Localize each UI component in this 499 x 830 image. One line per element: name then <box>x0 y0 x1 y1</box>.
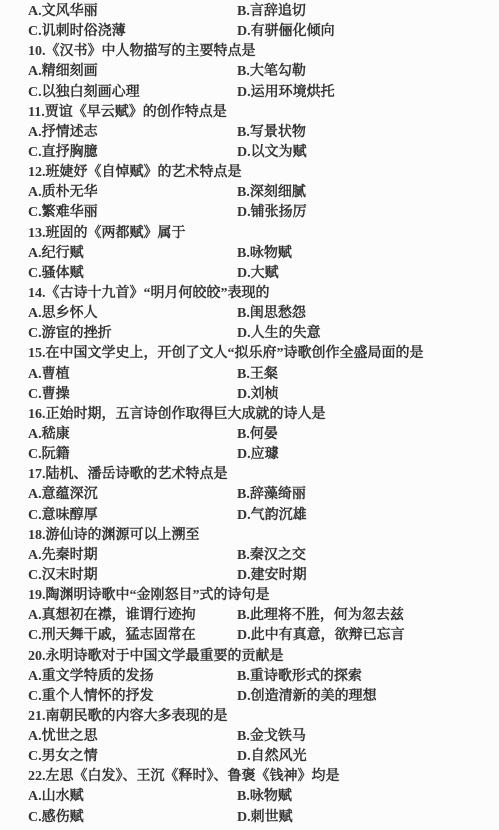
option-b: B.言辞追切 <box>237 2 306 22</box>
option-label: D. <box>237 628 251 643</box>
option-text: 抒情述志 <box>42 125 98 140</box>
option-label: B. <box>237 729 250 744</box>
option-row: C.汉末时期D.建安时期 <box>0 566 499 586</box>
option-text: 忧世之思 <box>42 729 98 744</box>
option-row: A.真想初在襟，谁谓行迹拘B.此理将不胜，何为忽去兹 <box>0 606 499 626</box>
option-text: 感伤赋 <box>42 810 84 825</box>
option-label: C. <box>28 326 42 341</box>
option-label: C. <box>28 85 42 100</box>
option-b: B.何晏 <box>237 425 278 445</box>
option-a: A.先秦时期 <box>28 546 98 566</box>
option-b: B.王粲 <box>237 365 278 385</box>
option-label: A. <box>28 608 42 623</box>
option-d: D.以文为赋 <box>237 143 307 163</box>
option-label: D. <box>237 145 251 160</box>
option-c: C.繁难华丽 <box>28 203 98 223</box>
option-label: A. <box>28 367 42 382</box>
option-a: A.忧世之思 <box>28 727 98 747</box>
option-label: B. <box>237 64 250 79</box>
question-stem-text: 在中国文学史上，开创了文人“拟乐府”诗歌创作全盛局面的是 <box>46 346 424 361</box>
question-stem: 22.左思《白发》、王沉《释时》、鲁褒《钱神》均是 <box>0 767 499 787</box>
option-label: D. <box>237 85 251 100</box>
option-label: B. <box>237 789 250 804</box>
question-stem: 18.游仙诗的渊源可以上溯至 <box>0 526 499 546</box>
question-list: A.文风华丽B.言辞追切C.讥刺时俗浇薄D.有骈俪化倾向10.《汉书》中人物描写… <box>0 2 499 828</box>
question-block: 18.游仙诗的渊源可以上溯至A.先秦时期B.秦汉之交C.汉末时期D.建安时期 <box>0 526 499 586</box>
option-text: 咏物赋 <box>250 246 292 261</box>
question-number: 17. <box>28 467 46 482</box>
option-label: A. <box>28 64 42 79</box>
option-c: C.以独白刻画心理 <box>28 83 140 103</box>
question-number: 19. <box>28 588 46 603</box>
option-row: A.忧世之思B.金戈铁马 <box>0 727 499 747</box>
option-a: A.真想初在襟，谁谓行迹拘 <box>28 606 196 626</box>
option-d: D.运用环境烘托 <box>237 83 335 103</box>
question-stem-text: 正始时期，五言诗创作取得巨大成就的诗人是 <box>46 407 326 422</box>
question-block: 12.班婕妤《自悼赋》的艺术特点是A.质朴无华B.深刻细腻C.繁难华丽D.铺张扬… <box>0 163 499 223</box>
question-stem-text: 陆机、潘岳诗歌的艺术特点是 <box>46 467 228 482</box>
question-stem-text: 南朝民歌的内容大多表现的是 <box>46 709 228 724</box>
option-label: A. <box>28 729 42 744</box>
option-text: 辞藻绮丽 <box>250 487 306 502</box>
question-stem: 10.《汉书》中人物描写的主要特点是 <box>0 42 499 62</box>
option-row: A.意蕴深沉B.辞藻绮丽 <box>0 485 499 505</box>
option-b: B.大笔勾勒 <box>237 62 306 82</box>
option-c: C.汉末时期 <box>28 566 98 586</box>
option-label: B. <box>237 185 250 200</box>
option-a: A.山水赋 <box>28 787 84 807</box>
option-text: 金戈铁马 <box>250 729 306 744</box>
option-text: 刑天舞干戚，猛志固常在 <box>42 628 196 643</box>
option-label: D. <box>237 508 251 523</box>
question-stem: 20.永明诗歌对于中国文学最重要的贡献是 <box>0 647 499 667</box>
option-row: A.重文学特质的发扬B.重诗歌形式的探索 <box>0 667 499 687</box>
option-text: 重诗歌形式的探索 <box>250 669 362 684</box>
question-number: 15. <box>28 346 46 361</box>
question-block: 22.左思《白发》、王沉《释时》、鲁褒《钱神》均是A.山水赋B.咏物赋C.感伤赋… <box>0 767 499 827</box>
option-text: 秦汉之交 <box>250 548 306 563</box>
option-a: A.曹植 <box>28 365 70 385</box>
option-d: D.铺张扬厉 <box>237 203 307 223</box>
question-block: 13.班固的《两都赋》属于A.纪行赋B.咏物赋C.骚体赋D.大赋 <box>0 224 499 284</box>
option-c: C.刑天舞干戚，猛志固常在 <box>28 626 196 646</box>
option-c: C.骚体赋 <box>28 264 84 284</box>
option-c: C.曹操 <box>28 385 70 405</box>
option-text: 汉末时期 <box>42 568 98 583</box>
option-text: 闺思愁怨 <box>250 306 306 321</box>
option-label: D. <box>237 749 251 764</box>
option-label: D. <box>237 810 251 825</box>
option-label: C. <box>28 810 42 825</box>
option-text: 铺张扬厉 <box>251 205 307 220</box>
question-stem-text: 《古诗十九首》“明月何皎皎”表现的 <box>46 286 270 301</box>
question-block: 17.陆机、潘岳诗歌的艺术特点是A.意蕴深沉B.辞藻绮丽C.意味醇厚D.气韵沉雄 <box>0 465 499 525</box>
option-text: 运用环境烘托 <box>251 85 335 100</box>
option-row: C.讥刺时俗浇薄D.有骈俪化倾向 <box>0 22 499 42</box>
option-text: 阮籍 <box>42 447 70 462</box>
option-label: C. <box>28 628 42 643</box>
option-label: C. <box>28 145 42 160</box>
question-stem-text: 游仙诗的渊源可以上溯至 <box>46 528 200 543</box>
question-block: 11.贾谊《早云赋》的创作特点是A.抒情述志B.写景状物C.直抒胸臆D.以文为赋 <box>0 103 499 163</box>
option-row: A.抒情述志B.写景状物 <box>0 123 499 143</box>
option-label: B. <box>237 367 250 382</box>
question-number: 16. <box>28 407 46 422</box>
option-text: 精细刻画 <box>42 64 98 79</box>
option-label: A. <box>28 789 42 804</box>
question-stem: 17.陆机、潘岳诗歌的艺术特点是 <box>0 465 499 485</box>
option-d: D.此中有真意，欲辩已忘言 <box>237 626 405 646</box>
option-text: 纪行赋 <box>42 246 84 261</box>
option-text: 文风华丽 <box>42 4 98 19</box>
option-text: 讥刺时俗浇薄 <box>42 24 126 39</box>
option-row: A.曹植B.王粲 <box>0 365 499 385</box>
option-row: C.感伤赋D.刺世赋 <box>0 808 499 828</box>
option-c: C.游宦的挫折 <box>28 324 112 344</box>
option-text: 气韵沉雄 <box>251 508 307 523</box>
option-label: A. <box>28 306 42 321</box>
option-d: D.气韵沉雄 <box>237 506 307 526</box>
question-block: 21.南朝民歌的内容大多表现的是A.忧世之思B.金戈铁马C.男女之情D.自然风光 <box>0 707 499 767</box>
option-label: A. <box>28 125 42 140</box>
option-label: D. <box>237 447 251 462</box>
option-text: 游宦的挫折 <box>42 326 112 341</box>
option-text: 质朴无华 <box>42 185 98 200</box>
option-d: D.有骈俪化倾向 <box>237 22 335 42</box>
option-text: 男女之情 <box>42 749 98 764</box>
option-a: A.意蕴深沉 <box>28 485 98 505</box>
option-label: A. <box>28 487 42 502</box>
question-number: 10. <box>28 44 46 59</box>
option-row: A.精细刻画B.大笔勾勒 <box>0 62 499 82</box>
option-c: C.感伤赋 <box>28 808 84 828</box>
option-d: D.创造清新的美的理想 <box>237 687 377 707</box>
option-text: 重个人情怀的抒发 <box>42 689 154 704</box>
question-block: A.文风华丽B.言辞追切C.讥刺时俗浇薄D.有骈俪化倾向 <box>0 2 499 42</box>
option-label: B. <box>237 246 250 261</box>
option-row: C.阮籍D.应璩 <box>0 445 499 465</box>
question-block: 20.永明诗歌对于中国文学最重要的贡献是A.重文学特质的发扬B.重诗歌形式的探索… <box>0 647 499 707</box>
option-text: 此理将不胜，何为忽去兹 <box>250 608 404 623</box>
option-label: C. <box>28 24 42 39</box>
option-text: 刺世赋 <box>251 810 293 825</box>
option-row: A.先秦时期B.秦汉之交 <box>0 546 499 566</box>
option-a: A.重文学特质的发扬 <box>28 667 154 687</box>
option-c: C.意味醇厚 <box>28 506 98 526</box>
option-text: 繁难华丽 <box>42 205 98 220</box>
option-row: A.文风华丽B.言辞追切 <box>0 2 499 22</box>
option-d: D.建安时期 <box>237 566 307 586</box>
option-label: A. <box>28 427 42 442</box>
question-block: 10.《汉书》中人物描写的主要特点是A.精细刻画B.大笔勾勒C.以独白刻画心理D… <box>0 42 499 102</box>
option-b: B.咏物赋 <box>237 787 292 807</box>
option-text: 山水赋 <box>42 789 84 804</box>
option-label: D. <box>237 689 251 704</box>
option-text: 人生的失意 <box>251 326 321 341</box>
option-a: A.精细刻画 <box>28 62 98 82</box>
option-label: B. <box>237 4 250 19</box>
option-text: 应璩 <box>251 447 279 462</box>
option-row: C.刑天舞干戚，猛志固常在D.此中有真意，欲辩已忘言 <box>0 626 499 646</box>
question-number: 20. <box>28 649 46 664</box>
option-a: A.质朴无华 <box>28 183 98 203</box>
option-label: B. <box>237 669 250 684</box>
option-b: B.辞藻绮丽 <box>237 485 306 505</box>
option-row: C.曹操D.刘桢 <box>0 385 499 405</box>
question-number: 12. <box>28 165 46 180</box>
option-text: 大赋 <box>251 266 279 281</box>
option-b: B.此理将不胜，何为忽去兹 <box>237 606 404 626</box>
option-b: B.写景状物 <box>237 123 306 143</box>
option-text: 意蕴深沉 <box>42 487 98 502</box>
option-text: 创造清新的美的理想 <box>251 689 377 704</box>
exam-page: A.文风华丽B.言辞追切C.讥刺时俗浇薄D.有骈俪化倾向10.《汉书》中人物描写… <box>0 0 499 830</box>
option-label: B. <box>237 548 250 563</box>
option-text: 曹植 <box>42 367 70 382</box>
option-d: D.人生的失意 <box>237 324 321 344</box>
option-label: A. <box>28 4 42 19</box>
option-row: C.游宦的挫折D.人生的失意 <box>0 324 499 344</box>
option-text: 曹操 <box>42 387 70 402</box>
option-text: 王粲 <box>250 367 278 382</box>
option-text: 建安时期 <box>251 568 307 583</box>
question-stem-text: 左思《白发》、王沉《释时》、鲁褒《钱神》均是 <box>46 769 340 784</box>
option-d: D.大赋 <box>237 264 279 284</box>
option-row: A.纪行赋B.咏物赋 <box>0 244 499 264</box>
option-row: C.繁难华丽D.铺张扬厉 <box>0 203 499 223</box>
option-label: C. <box>28 689 42 704</box>
option-row: C.以独白刻画心理D.运用环境烘托 <box>0 83 499 103</box>
option-label: C. <box>28 205 42 220</box>
option-row: A.质朴无华B.深刻细腻 <box>0 183 499 203</box>
option-b: B.重诗歌形式的探索 <box>237 667 362 687</box>
question-stem: 16.正始时期，五言诗创作取得巨大成就的诗人是 <box>0 405 499 425</box>
question-stem-text: 陶渊明诗歌中“金刚怒目”式的诗句是 <box>46 588 270 603</box>
question-block: 19.陶渊明诗歌中“金刚怒目”式的诗句是A.真想初在襟，谁谓行迹拘B.此理将不胜… <box>0 586 499 646</box>
option-d: D.应璩 <box>237 445 279 465</box>
option-text: 自然风光 <box>251 749 307 764</box>
question-stem: 13.班固的《两都赋》属于 <box>0 224 499 244</box>
option-row: C.直抒胸臆D.以文为赋 <box>0 143 499 163</box>
option-b: B.金戈铁马 <box>237 727 306 747</box>
option-c: C.讥刺时俗浇薄 <box>28 22 126 42</box>
option-label: A. <box>28 185 42 200</box>
option-text: 先秦时期 <box>42 548 98 563</box>
question-stem: 11.贾谊《早云赋》的创作特点是 <box>0 103 499 123</box>
question-stem-text: 永明诗歌对于中国文学最重要的贡献是 <box>46 649 284 664</box>
option-label: B. <box>237 487 250 502</box>
option-text: 写景状物 <box>250 125 306 140</box>
option-label: B. <box>237 427 250 442</box>
option-text: 刘桢 <box>251 387 279 402</box>
option-c: C.男女之情 <box>28 747 98 767</box>
question-stem-text: 《汉书》中人物描写的主要特点是 <box>46 44 256 59</box>
question-stem: 12.班婕妤《自悼赋》的艺术特点是 <box>0 163 499 183</box>
option-label: D. <box>237 326 251 341</box>
option-a: A.嵇康 <box>28 425 70 445</box>
option-text: 以文为赋 <box>251 145 307 160</box>
option-text: 真想初在襟，谁谓行迹拘 <box>42 608 196 623</box>
option-text: 直抒胸臆 <box>42 145 98 160</box>
option-a: A.思乡怀人 <box>28 304 98 324</box>
option-text: 思乡怀人 <box>42 306 98 321</box>
option-b: B.秦汉之交 <box>237 546 306 566</box>
option-b: B.闺思愁怨 <box>237 304 306 324</box>
option-text: 深刻细腻 <box>250 185 306 200</box>
option-label: A. <box>28 246 42 261</box>
option-text: 有骈俪化倾向 <box>251 24 335 39</box>
option-row: C.骚体赋D.大赋 <box>0 264 499 284</box>
option-text: 重文学特质的发扬 <box>42 669 154 684</box>
option-b: B.咏物赋 <box>237 244 292 264</box>
question-stem-text: 班婕妤《自悼赋》的艺术特点是 <box>46 165 242 180</box>
question-number: 14. <box>28 286 46 301</box>
option-text: 骚体赋 <box>42 266 84 281</box>
option-label: C. <box>28 266 42 281</box>
option-c: C.直抒胸臆 <box>28 143 98 163</box>
option-a: A.纪行赋 <box>28 244 84 264</box>
option-a: A.抒情述志 <box>28 123 98 143</box>
option-label: C. <box>28 749 42 764</box>
question-stem: 15.在中国文学史上，开创了文人“拟乐府”诗歌创作全盛局面的是 <box>0 344 499 364</box>
option-label: B. <box>237 306 250 321</box>
option-d: D.自然风光 <box>237 747 307 767</box>
option-label: A. <box>28 669 42 684</box>
question-stem-text: 贾谊《早云赋》的创作特点是 <box>45 105 227 120</box>
question-stem: 21.南朝民歌的内容大多表现的是 <box>0 707 499 727</box>
question-number: 21. <box>28 709 46 724</box>
option-row: A.思乡怀人B.闺思愁怨 <box>0 304 499 324</box>
question-block: 16.正始时期，五言诗创作取得巨大成就的诗人是A.嵇康B.何晏C.阮籍D.应璩 <box>0 405 499 465</box>
option-text: 言辞追切 <box>250 4 306 19</box>
option-label: D. <box>237 205 251 220</box>
question-stem: 14.《古诗十九首》“明月何皎皎”表现的 <box>0 284 499 304</box>
option-b: B.深刻细腻 <box>237 183 306 203</box>
option-label: C. <box>28 508 42 523</box>
question-number: 18. <box>28 528 46 543</box>
option-label: C. <box>28 447 42 462</box>
option-text: 大笔勾勒 <box>250 64 306 79</box>
question-stem: 19.陶渊明诗歌中“金刚怒目”式的诗句是 <box>0 586 499 606</box>
option-text: 以独白刻画心理 <box>42 85 140 100</box>
option-label: D. <box>237 568 251 583</box>
option-c: C.阮籍 <box>28 445 70 465</box>
question-number: 13. <box>28 226 46 241</box>
option-text: 咏物赋 <box>250 789 292 804</box>
question-block: 14.《古诗十九首》“明月何皎皎”表现的A.思乡怀人B.闺思愁怨C.游宦的挫折D… <box>0 284 499 344</box>
option-label: D. <box>237 387 251 402</box>
question-block: 15.在中国文学史上，开创了文人“拟乐府”诗歌创作全盛局面的是A.曹植B.王粲C… <box>0 344 499 404</box>
option-row: A.山水赋B.咏物赋 <box>0 787 499 807</box>
option-label: C. <box>28 568 42 583</box>
option-a: A.文风华丽 <box>28 2 98 22</box>
option-row: C.男女之情D.自然风光 <box>0 747 499 767</box>
option-text: 嵇康 <box>42 427 70 442</box>
option-label: D. <box>237 24 251 39</box>
option-label: A. <box>28 548 42 563</box>
option-label: C. <box>28 387 42 402</box>
option-label: B. <box>237 608 250 623</box>
option-row: C.重个人情怀的抒发D.创造清新的美的理想 <box>0 687 499 707</box>
option-text: 何晏 <box>250 427 278 442</box>
option-label: B. <box>237 125 250 140</box>
option-row: A.嵇康B.何晏 <box>0 425 499 445</box>
option-c: C.重个人情怀的抒发 <box>28 687 154 707</box>
question-stem-text: 班固的《两都赋》属于 <box>46 226 186 241</box>
option-d: D.刘桢 <box>237 385 279 405</box>
option-text: 此中有真意，欲辩已忘言 <box>251 628 405 643</box>
question-number: 22. <box>28 769 46 784</box>
option-d: D.刺世赋 <box>237 808 293 828</box>
question-number: 11. <box>28 105 45 120</box>
option-row: C.意味醇厚D.气韵沉雄 <box>0 506 499 526</box>
option-label: D. <box>237 266 251 281</box>
option-text: 意味醇厚 <box>42 508 98 523</box>
